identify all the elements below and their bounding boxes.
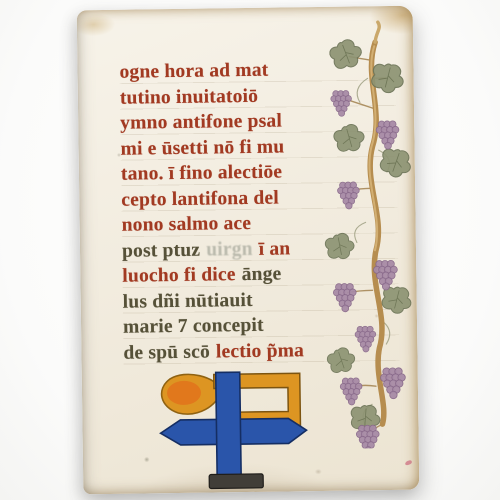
text-segment: ānge [241,264,281,286]
text-segment: lectio p̃ma [216,340,304,362]
manuscript-leaf: ogne hora ad mat tutino inuitatoiō ymno … [77,6,420,495]
grape-cluster [340,378,362,405]
text-segment: ī an [259,238,291,259]
photo-background: ogne hora ad mat tutino inuitatoiō ymno … [0,0,500,500]
text-segment: ogne hora ad mat [119,60,268,83]
ornament-base [209,474,263,489]
grape-cluster [337,182,359,209]
text-segment-ghost: uirgn [206,238,253,260]
red-ink-mark [405,460,413,466]
text-segment: luocho fi dice [122,264,236,287]
bottom-ornament [152,367,324,499]
grape-leaf [332,122,367,155]
ornament-post [216,372,242,480]
text-segment: cepto lantifona del [121,187,279,210]
text-segment: marie 7 concepit [123,315,264,338]
grape-cluster [331,90,352,116]
text-segment: lus dñi nūtiauit [123,289,253,312]
grape-leaf [327,36,365,73]
vine-tendril [357,78,368,102]
grape-leaf [324,232,356,262]
vine-stem-tip [375,22,380,42]
text-segment: mi e ūsetti nō fi mu [120,136,284,159]
text-segment: nono salmo ace [121,213,251,236]
grape-leaf [377,145,415,181]
text-segment: post ptuz [122,239,200,261]
vine-tendril [354,222,365,242]
grape-cluster [333,283,356,312]
grapevine-border [317,18,423,449]
grape-cluster [376,121,399,150]
text-segment: tutino inuitatoiō [120,85,259,108]
text-segment: de spū scō [123,341,210,363]
grape-cluster [355,326,376,352]
grape-leaf [325,345,358,376]
text-segment: ymno antifone psal [120,111,282,134]
grape-cluster [356,425,379,449]
text-segment: tano. ī fino alectiōe [121,162,283,185]
